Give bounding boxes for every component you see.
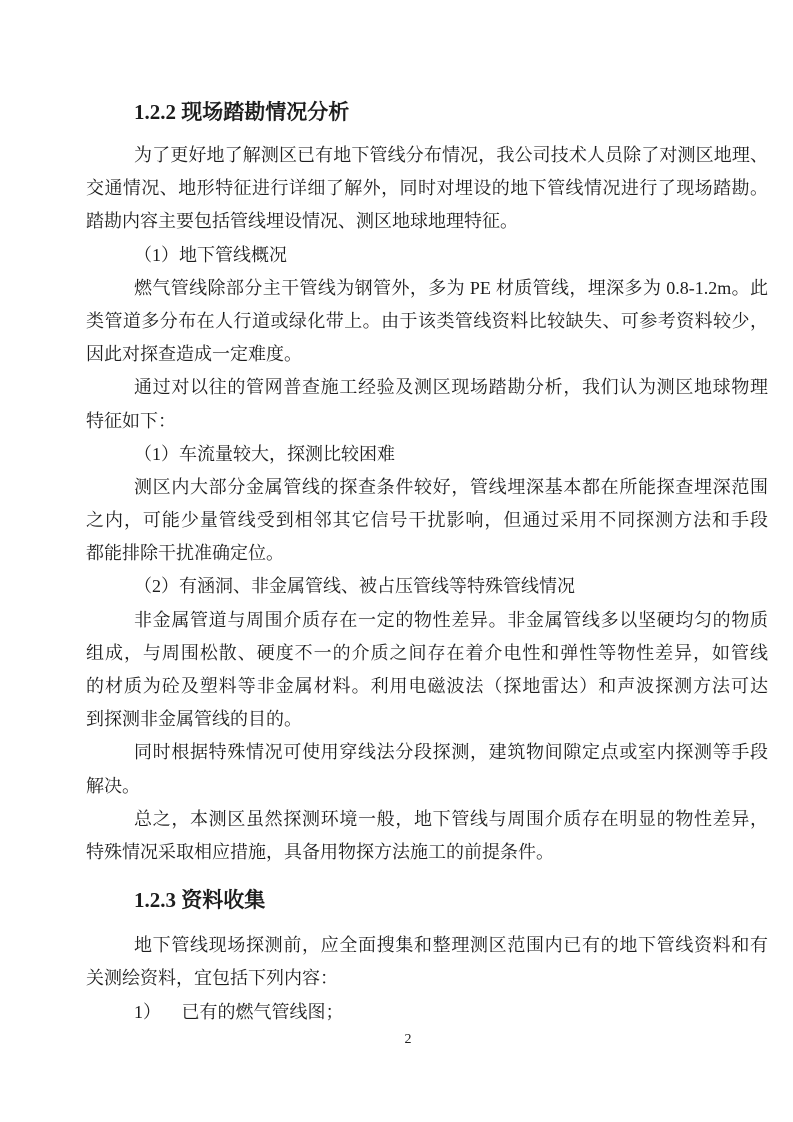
list-item-marker: 1）	[134, 996, 161, 1029]
paragraph: 地下管线现场探测前，应全面搜集和整理测区范围内已有的地下管线资料和有 关测绘资料…	[86, 929, 768, 995]
text-line: 地下管线现场探测前，应全面搜集和整理测区范围内已有的地下管线资料和有	[86, 929, 768, 962]
text-line: 特征如下：	[86, 405, 768, 438]
text-line: 同时根据特殊情况可使用穿线法分段探测，建筑物间隙定点或室内探测等手段	[86, 736, 768, 769]
numbered-list-item: 1） 已有的燃气管线图；	[86, 996, 768, 1029]
text-line: （1）车流量较大，探测比较困难	[86, 438, 768, 471]
section-heading-1-2-3: 1.2.3 资料收集	[86, 883, 768, 917]
text-line: 组成，与周围松散、硬度不一的介质之间存在着介电性和弹性等物性差异，如管线	[86, 637, 768, 670]
paragraph: 非金属管道与周围介质存在一定的物性差异。非金属管线多以坚硬均匀的物质 组成，与周…	[86, 604, 768, 737]
text-line: 类管道多分布在人行道或绿化带上。由于该类管线资料比较缺失、可参考资料较少，	[86, 305, 768, 338]
text-line: 交通情况、地形特征进行详细了解外，同时对埋设的地下管线情况进行了现场踏勘。	[86, 172, 768, 205]
text-line: 通过对以往的管网普查施工经验及测区现场踏勘分析，我们认为测区地球物理	[86, 371, 768, 404]
text-line: 为了更好地了解测区已有地下管线分布情况，我公司技术人员除了对测区地理、	[86, 139, 768, 172]
text-line: 解决。	[86, 770, 768, 803]
text-line: 总之，本测区虽然探测环境一般，地下管线与周围介质存在明显的物性差异，	[86, 803, 768, 836]
paragraph: 同时根据特殊情况可使用穿线法分段探测，建筑物间隙定点或室内探测等手段 解决。	[86, 736, 768, 802]
text-line: 的材质为砼及塑料等非金属材料。利用电磁波法（探地雷达）和声波探测方法可达	[86, 670, 768, 703]
paragraph: 测区内大部分金属管线的探查条件较好，管线埋深基本都在所能探查埋深范围 之内，可能…	[86, 471, 768, 571]
text-line: （1）地下管线概况	[86, 239, 768, 272]
document-content: 1.2.2 现场踏勘情况分析 为了更好地了解测区已有地下管线分布情况，我公司技术…	[86, 0, 768, 1029]
paragraph: （1）车流量较大，探测比较困难	[86, 438, 768, 471]
paragraph: 燃气管线除部分主干管线为钢管外，多为 PE 材质管线，埋深多为 0.8-1.2m…	[86, 272, 768, 372]
paragraph: （2）有涵洞、非金属管线、被占压管线等特殊管线情况	[86, 570, 768, 603]
text-line: 关测绘资料，宜包括下列内容：	[86, 962, 768, 995]
list-item-text: 已有的燃气管线图；	[182, 996, 344, 1029]
page-number: 2	[23, 1030, 793, 1050]
text-line: 因此对探查造成一定难度。	[86, 338, 768, 371]
text-line: 都能排除干扰准确定位。	[86, 537, 768, 570]
paragraph: （1）地下管线概况	[86, 239, 768, 272]
text-line: 之内，可能少量管线受到相邻其它信号干扰影响，但通过采用不同探测方法和手段	[86, 504, 768, 537]
text-line: 非金属管道与周围介质存在一定的物性差异。非金属管线多以坚硬均匀的物质	[86, 604, 768, 637]
text-line: 特殊情况采取相应措施，具备用物探方法施工的前提条件。	[86, 836, 768, 869]
text-line: 到探测非金属管线的目的。	[86, 703, 768, 736]
document-page: 1.2.2 现场踏勘情况分析 为了更好地了解测区已有地下管线分布情况，我公司技术…	[0, 0, 793, 1122]
text-line: 测区内大部分金属管线的探查条件较好，管线埋深基本都在所能探查埋深范围	[86, 471, 768, 504]
section-heading-1-2-2: 1.2.2 现场踏勘情况分析	[86, 95, 768, 129]
paragraph: 总之，本测区虽然探测环境一般，地下管线与周围介质存在明显的物性差异， 特殊情况采…	[86, 803, 768, 869]
paragraph: 通过对以往的管网普查施工经验及测区现场踏勘分析，我们认为测区地球物理 特征如下：	[86, 371, 768, 437]
text-line: 燃气管线除部分主干管线为钢管外，多为 PE 材质管线，埋深多为 0.8-1.2m…	[86, 272, 768, 305]
paragraph: 为了更好地了解测区已有地下管线分布情况，我公司技术人员除了对测区地理、 交通情况…	[86, 139, 768, 239]
text-line: （2）有涵洞、非金属管线、被占压管线等特殊管线情况	[86, 570, 768, 603]
text-line: 踏勘内容主要包括管线埋设情况、测区地球地理特征。	[86, 205, 768, 238]
